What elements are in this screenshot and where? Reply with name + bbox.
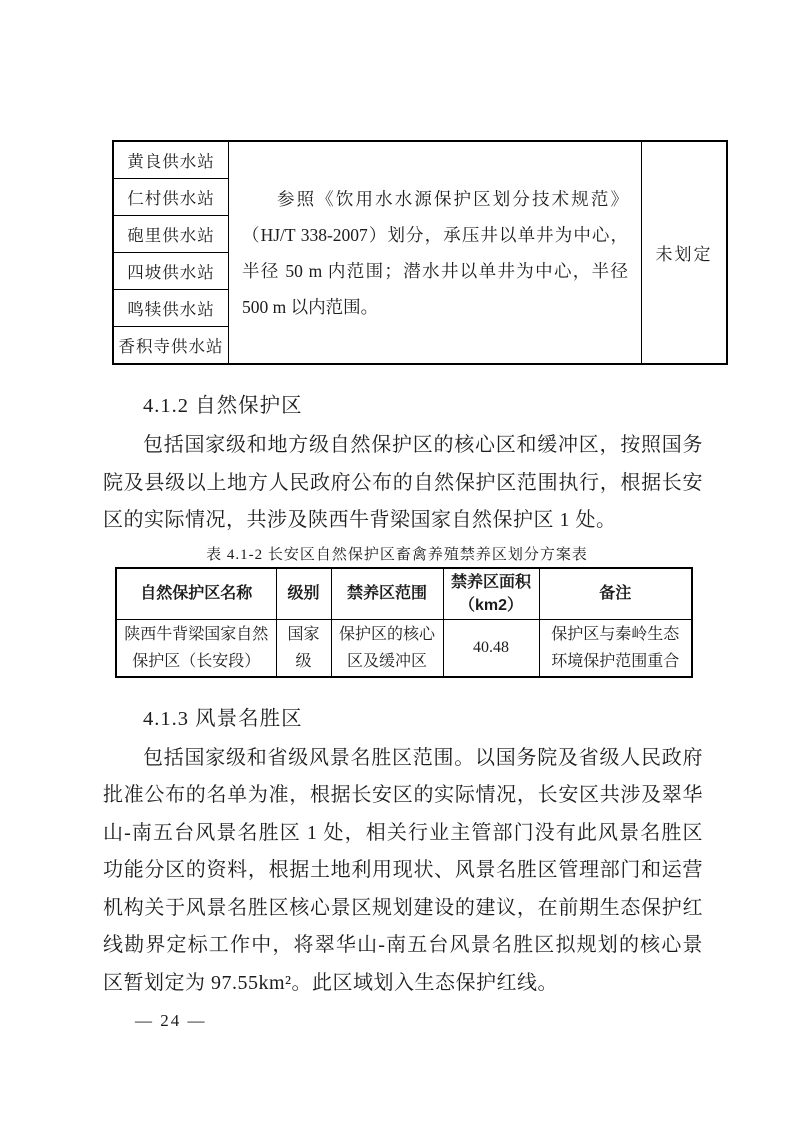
reserve-name-cell: 陕西牛背梁国家自然保护区（长安段）: [116, 619, 276, 677]
station-name-cell: 仁村供水站: [113, 179, 229, 216]
station-name-cell: 黄良供水站: [113, 141, 229, 179]
water-station-table: 黄良供水站 参照《饮用水水源保护区划分技术规范》（HJ/T 338-2007）划…: [112, 140, 728, 365]
header-remark: 备注: [539, 568, 692, 620]
reserve-area-cell: 40.48: [443, 619, 539, 677]
status-cell: 未划定: [642, 141, 728, 364]
table-header-row: 自然保护区名称 级别 禁养区范围 禁养区面积（km2） 备注: [116, 568, 692, 620]
delimitation-description-text: 参照《饮用水水源保护区划分技术规范》（HJ/T 338-2007）划分，承压井以…: [242, 181, 628, 325]
reserve-level-cell: 国家级: [276, 619, 331, 677]
section-paragraph-4-1-2: 包括国家级和地方级自然保护区的核心区和缓冲区，按照国务院及县级以上地方人民政府公…: [103, 427, 703, 540]
station-name-cell: 砲里供水站: [113, 216, 229, 253]
table-caption: 表 4.1-2 长安区自然保护区畜禽养殖禁养区划分方案表: [103, 543, 691, 564]
header-scope: 禁养区范围: [331, 568, 443, 620]
header-area: 禁养区面积（km2）: [443, 568, 539, 620]
station-name-cell: 香积寺供水站: [113, 327, 229, 365]
station-name-cell: 鸣犊供水站: [113, 290, 229, 327]
document-page: 黄良供水站 参照《饮用水水源保护区划分技术规范》（HJ/T 338-2007）划…: [0, 0, 793, 1122]
delimitation-description-cell: 参照《饮用水水源保护区划分技术规范》（HJ/T 338-2007）划分，承压井以…: [229, 141, 642, 364]
station-name-cell: 四坡供水站: [113, 253, 229, 290]
nature-reserve-table: 自然保护区名称 级别 禁养区范围 禁养区面积（km2） 备注 陕西牛背梁国家自然…: [115, 567, 693, 678]
header-reserve-name: 自然保护区名称: [116, 568, 276, 620]
table-row: 黄良供水站 参照《饮用水水源保护区划分技术规范》（HJ/T 338-2007）划…: [113, 141, 727, 179]
table-row: 陕西牛背梁国家自然保护区（长安段） 国家级 保护区的核心区及缓冲区 40.48 …: [116, 619, 692, 677]
section-heading-4-1-2: 4.1.2 自然保护区: [143, 392, 701, 420]
header-level: 级别: [276, 568, 331, 620]
section-paragraph-4-1-3: 包括国家级和省级风景名胜区范围。以国务院及省级人民政府批准公布的名单为准，根据长…: [103, 740, 703, 1003]
reserve-scope-cell: 保护区的核心区及缓冲区: [331, 619, 443, 677]
page-number: — 24 —: [135, 1011, 207, 1031]
reserve-remark-cell: 保护区与秦岭生态环境保护范围重合: [539, 619, 692, 677]
section-heading-4-1-3: 4.1.3 风景名胜区: [143, 705, 701, 733]
